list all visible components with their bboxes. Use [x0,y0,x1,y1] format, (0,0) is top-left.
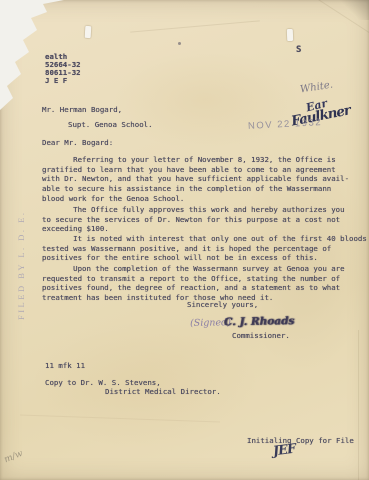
closing: Sincerely yours, [187,300,258,310]
corner-shadow [339,0,369,20]
file-initials: JEF [272,442,296,460]
recipient-title: Supt. Genoa School. [68,120,153,130]
signer-title: Commissioner. [232,331,290,341]
paper-crease [358,330,359,480]
cc-title: District Medical Director. [105,387,221,397]
header-code-line-4: J E F [45,76,67,86]
recipient-name: Mr. Herman Bogard, [42,105,122,115]
paper-stain [110,50,300,150]
typist-reference: 11 mfk 11 [45,361,85,371]
signature-stamp: (Signed)C. J. Rhoads [190,309,295,330]
filed-stamp: FILED BY L. D. E. [16,188,26,320]
paper-crease [20,415,220,423]
punch-hole-right [287,29,293,41]
paper-crease [130,20,260,32]
body-paragraph-4: Upon the completion of the Wassermann su… [42,264,345,303]
scanned-letter-page: ealth 52664-32 80611-32 J E F S White. E… [0,0,369,480]
body-paragraph-1: Referring to your letter of November 8, … [42,155,349,204]
paper-crease [307,0,369,45]
punch-hole-left [85,26,92,38]
page-marker: S [296,46,301,56]
body-paragraph-3: It is noted with interest that only one … [42,234,367,263]
file-note: Initialing Copy for File [247,436,354,446]
signed-name: C. J. Rhoads [224,315,295,328]
salutation: Dear Mr. Bogard: [42,138,113,148]
body-paragraph-2: The Office fully approves this work and … [42,205,345,234]
